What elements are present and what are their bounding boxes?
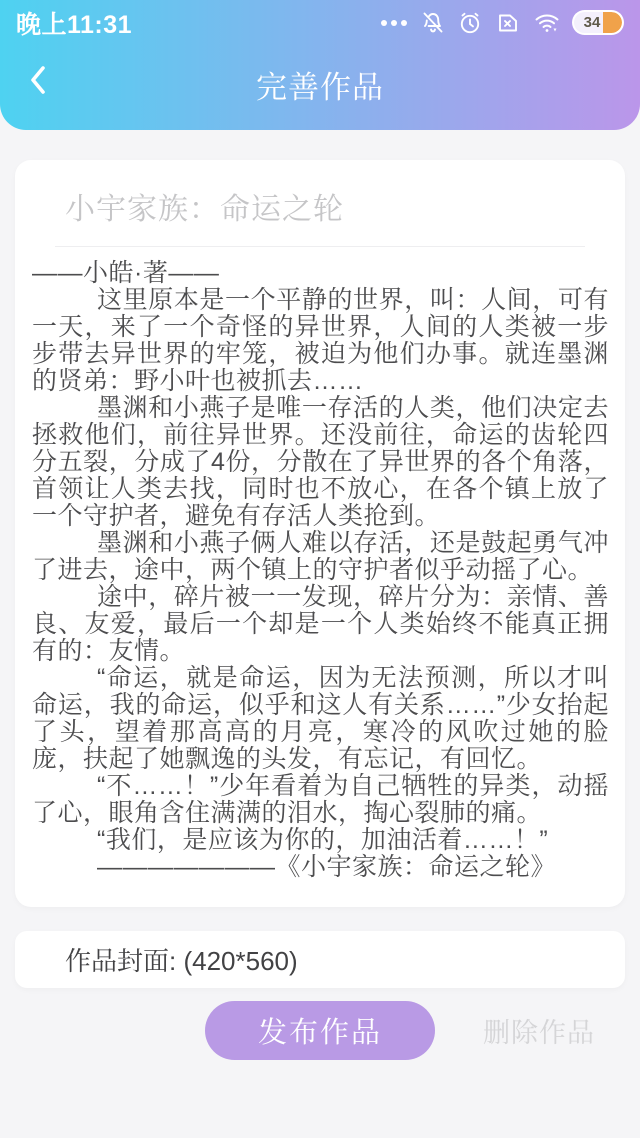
status-icons: 34 [381,10,624,36]
description-paragraph: 这里原本是一个平静的世界，叫：人间，可有一天，来了一个奇怪的异世界，人间的人类被… [32,287,609,395]
delete-button[interactable]: 删除作品 [483,1001,595,1060]
page-title: 完善作品 [256,62,384,107]
battery-icon: 34 [572,10,624,35]
work-title-field[interactable]: 小宇家族：命运之轮 [15,160,625,228]
back-button[interactable] [16,56,60,104]
description-paragraph: “不……！”少年看着为自己牺牲的异类，动摇了心，眼角含住满满的泪水，掏心裂肺的痛… [32,773,609,827]
app-header: 晚上11:31 [0,0,640,130]
description-paragraph: ——小皓·著—— [32,260,609,287]
no-sim-icon [494,10,522,36]
mute-icon [420,10,446,36]
nav-bar: 完善作品 [0,38,640,130]
status-bar: 晚上11:31 [0,0,640,38]
cover-label: 作品封面: (420*560) [65,941,298,978]
description-paragraph: 墨渊和小燕子俩人难以存活，还是鼓起勇气冲了进去，途中，两个镇上的守护者似乎动摇了… [32,530,609,584]
actions-row: 发布作品 删除作品 [0,1001,640,1061]
work-description-field[interactable]: ——小皓·著——这里原本是一个平静的世界，叫：人间，可有一天，来了一个奇怪的异世… [15,247,625,881]
description-paragraph: 途中，碎片被一一发现，碎片分为：亲情、善良、友爱，最后一个却是一个人类始终不能真… [32,584,609,665]
battery-fill [603,12,622,33]
wifi-icon [533,10,561,36]
battery-percent: 34 [584,14,601,31]
description-paragraph: “我们，是应该为你的，加油活着……！” [32,827,609,854]
chevron-left-icon [27,63,49,97]
alarm-icon [457,10,483,36]
publish-button[interactable]: 发布作品 [205,1001,435,1060]
description-paragraph: 墨渊和小燕子是唯一存活的人类，他们决定去拯救他们，前往异世界。还没前往，命运的齿… [32,395,609,530]
more-notifications-icon [381,20,409,26]
description-paragraph: “命运，就是命运，因为无法预测，所以才叫命运，我的命运，似乎和这人有关系……”少… [32,665,609,773]
cover-card[interactable]: 作品封面: (420*560) [15,931,625,988]
description-paragraph: ———————《小宇家族：命运之轮》 [32,854,609,881]
work-card: 小宇家族：命运之轮 ——小皓·著——这里原本是一个平静的世界，叫：人间，可有一天… [15,160,625,907]
status-time: 晚上11:31 [16,5,132,41]
